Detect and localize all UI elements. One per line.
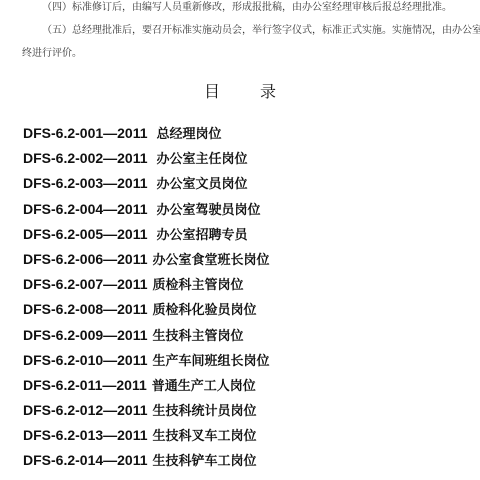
toc-entry-title: 办公室驾驶员岗位 [157,203,261,218]
toc-entry[interactable]: DFS-6.2-012—2011生技科统计员岗位 [23,401,270,426]
toc-entry[interactable]: DFS-6.2-007—2011质检科主管岗位 [23,275,270,300]
toc-entry-code: DFS-6.2-009—2011 [23,327,148,343]
toc-entry-title: 办公室招聘专员 [157,228,248,243]
toc-entry[interactable]: DFS-6.2-001—2011总经理岗位 [23,124,270,149]
toc-entry-code: DFS-6.2-006—2011 [23,251,148,267]
toc-entry-code: DFS-6.2-001—2011 [23,125,148,141]
toc-entry-title: 生产车间班组长岗位 [153,354,270,369]
toc-entry[interactable]: DFS-6.2-004—2011办公室驾驶员岗位 [23,200,270,225]
toc-entry-title: 生技科叉车工岗位 [153,429,257,444]
toc-entry[interactable]: DFS-6.2-005—2011办公室招聘专员 [23,225,270,250]
toc-title-char-2: 录 [260,82,276,102]
toc-entry-title: 办公室文员岗位 [157,177,248,192]
toc-entry[interactable]: DFS-6.2-014—2011生技科铲车工岗位 [23,451,270,476]
toc-entry-title: 质检科主管岗位 [153,278,244,293]
toc-title: 目录 [0,82,480,102]
table-of-contents: DFS-6.2-001—2011总经理岗位 DFS-6.2-002—2011办公… [23,124,270,477]
toc-entry-code: DFS-6.2-014—2011 [23,452,148,468]
paragraph-step-4: （四）标准修订后，由编写人员重新修改，形成报批稿，由办公室经理审核后报总经理批准… [22,2,462,14]
toc-entry[interactable]: DFS-6.2-011—2011普通生产工人岗位 [23,376,270,401]
toc-entry[interactable]: DFS-6.2-002—2011办公室主任岗位 [23,149,270,174]
toc-entry[interactable]: DFS-6.2-006—2011办公室食堂班长岗位 [23,250,270,275]
toc-entry-code: DFS-6.2-008—2011 [23,301,148,317]
toc-entry-title: 办公室主任岗位 [157,152,248,167]
toc-entry[interactable]: DFS-6.2-013—2011生技科叉车工岗位 [23,426,270,451]
toc-entry-code: DFS-6.2-010—2011 [23,352,148,368]
toc-entry[interactable]: DFS-6.2-009—2011生技科主管岗位 [23,326,270,351]
paragraph-step-5: （五）总经理批准后，要召开标准实施动员会，举行签字仪式，标准正式实施。实施情况，… [22,25,462,37]
toc-entry-title: 质检科化验员岗位 [153,303,257,318]
toc-entry-title: 总经理岗位 [157,127,222,142]
toc-entry[interactable]: DFS-6.2-008—2011质检科化验员岗位 [23,300,270,325]
toc-entry-title: 生技科铲车工岗位 [153,454,257,469]
toc-entry[interactable]: DFS-6.2-010—2011生产车间班组长岗位 [23,351,270,376]
toc-entry-code: DFS-6.2-007—2011 [23,276,148,292]
toc-entry-title: 办公室食堂班长岗位 [153,253,270,268]
toc-entry-code: DFS-6.2-005—2011 [23,226,148,242]
toc-entry-title: 生技科统计员岗位 [153,404,257,419]
toc-entry-code: DFS-6.2-012—2011 [23,402,148,418]
toc-entry-code: DFS-6.2-002—2011 [23,150,148,166]
toc-entry-code: DFS-6.2-003—2011 [23,175,148,191]
toc-entry[interactable]: DFS-6.2-003—2011办公室文员岗位 [23,174,270,199]
toc-title-char-1: 目 [204,82,220,102]
toc-entry-code: DFS-6.2-004—2011 [23,201,148,217]
toc-entry-title: 生技科主管岗位 [153,329,244,344]
toc-entry-code: DFS-6.2-011—2011 [23,377,147,393]
toc-entry-code: DFS-6.2-013—2011 [23,427,148,443]
paragraph-step-5-continuation: 终进行评价。 [22,48,462,60]
toc-entry-title: 普通生产工人岗位 [152,379,256,394]
